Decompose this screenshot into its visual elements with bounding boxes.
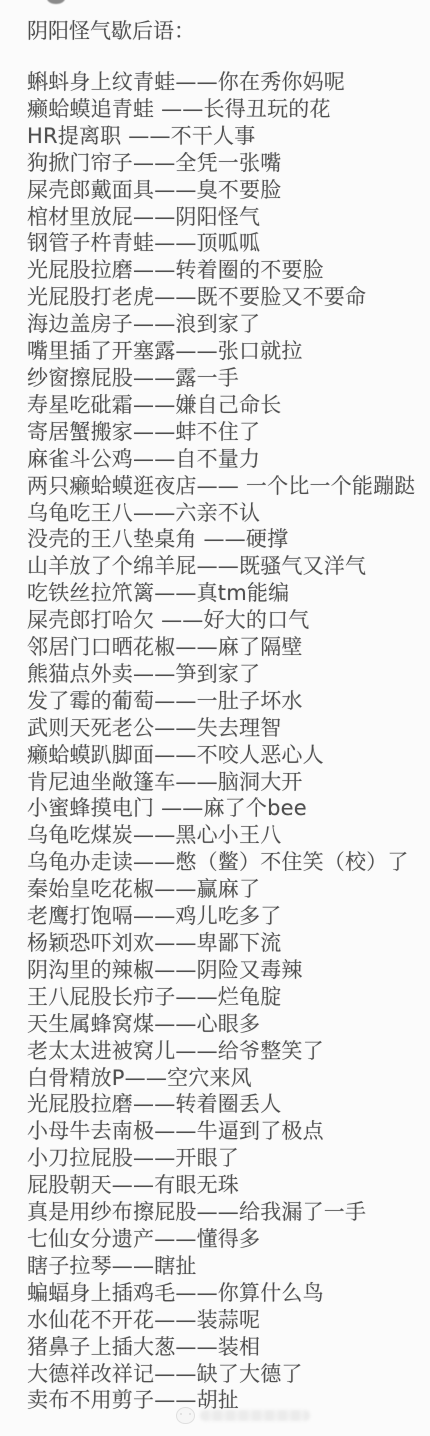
saying-line: 山羊放了个绵羊屁——既骚气又洋气 bbox=[27, 553, 424, 580]
watermark-text-illegible bbox=[200, 1410, 310, 1421]
saying-line: 白骨精放P——空穴来风 bbox=[27, 1065, 424, 1092]
saying-line: 老鹰打饱嗝——鸡儿吃多了 bbox=[27, 903, 424, 930]
saying-line: 棺材里放屁——阴阳怪气 bbox=[27, 204, 424, 231]
saying-line: 武则天死老公——失去理智 bbox=[27, 715, 424, 742]
saying-line: 水仙花不开花——装蒜呢 bbox=[27, 1307, 424, 1334]
saying-line: 小母牛去南极——牛逼到了极点 bbox=[27, 1118, 424, 1145]
saying-line: 癞蛤蟆追青蛙 ——长得丑玩的花 bbox=[27, 96, 424, 123]
sayings-document: 阴阳怪气歇后语： 蝌蚪身上纹青蛙——你在秀你妈呢癞蛤蟆追青蛙 ——长得丑玩的花H… bbox=[27, 17, 424, 1414]
saying-line: 海边盖房子——浪到家了 bbox=[27, 311, 424, 338]
page-root: 阴阳怪气歇后语： 蝌蚪身上纹青蛙——你在秀你妈呢癞蛤蟆追青蛙 ——长得丑玩的花H… bbox=[0, 0, 430, 1436]
title-gap bbox=[27, 45, 424, 69]
saying-line: 瞎子拉琴——瞎扯 bbox=[27, 1253, 424, 1280]
saying-line: 癞蛤蟆趴脚面——不咬人恶心人 bbox=[27, 742, 424, 769]
saying-line: 七仙女分遗产——懂得多 bbox=[27, 1226, 424, 1253]
saying-line: 纱窗擦屁股——露一手 bbox=[27, 365, 424, 392]
watermark bbox=[176, 1407, 310, 1424]
page-title: 阴阳怪气歇后语： bbox=[27, 17, 424, 45]
saying-line: 乌龟吃王八——六亲不认 bbox=[27, 500, 424, 527]
saying-line: 没壳的王八垫桌角 ——硬撑 bbox=[27, 526, 424, 553]
saying-line: 光屁股打老虎——既不要脸又不要命 bbox=[27, 284, 424, 311]
saying-line: 钢管子杵青蛙——顶呱呱 bbox=[27, 230, 424, 257]
saying-line: 小蜜蜂摸电门 ——麻了个bee bbox=[27, 795, 424, 822]
saying-line: 肯尼迪坐敞篷车——脑洞大开 bbox=[27, 769, 424, 796]
saying-line: 乌龟吃煤炭——黑心小王八 bbox=[27, 822, 424, 849]
saying-line: 屎壳郎打哈欠 ——好大的口气 bbox=[27, 607, 424, 634]
saying-line: 王八屁股长疖子——烂龟腚 bbox=[27, 984, 424, 1011]
saying-line: 秦始皇吃花椒——赢麻了 bbox=[27, 876, 424, 903]
saying-line: 吃铁丝拉笊篱——真tm能编 bbox=[27, 580, 424, 607]
saying-line: 麻雀斗公鸡——自不量力 bbox=[27, 446, 424, 473]
saying-line: 老太太进被窝儿——给爷整笑了 bbox=[27, 1038, 424, 1065]
saying-line: 两只癞蛤蟆逛夜店—— 一个比一个能蹦跶 bbox=[27, 473, 424, 500]
sayings-list: 蝌蚪身上纹青蛙——你在秀你妈呢癞蛤蟆追青蛙 ——长得丑玩的花HR提离职 ——不干… bbox=[27, 69, 424, 1414]
saying-line: 阴沟里的辣椒——阴险又毒辣 bbox=[27, 957, 424, 984]
saying-line: 蝌蚪身上纹青蛙——你在秀你妈呢 bbox=[27, 69, 424, 96]
saying-line: 杨颖恐吓刘欢——卑鄙下流 bbox=[27, 930, 424, 957]
saying-line: 屎壳郎戴面具——臭不要脸 bbox=[27, 177, 424, 204]
saying-line: 寄居蟹搬家——蚌不住了 bbox=[27, 419, 424, 446]
saying-line: 屁股朝天——有眼无珠 bbox=[27, 1172, 424, 1199]
cropped-top-blob bbox=[47, 0, 65, 4]
saying-line: 光屁股拉磨——转着圈丢人 bbox=[27, 1091, 424, 1118]
saying-line: 寿星吃砒霜——嫌自己命长 bbox=[27, 392, 424, 419]
saying-line: 天生属蜂窝煤——心眼多 bbox=[27, 1011, 424, 1038]
saying-line: 猪鼻子上插大葱——装相 bbox=[27, 1334, 424, 1361]
saying-line: 嘴里插了开塞露——张口就拉 bbox=[27, 338, 424, 365]
weibo-emoji-watermark-icon bbox=[176, 1407, 195, 1424]
saying-line: 真是用纱布擦屁股——给我漏了一手 bbox=[27, 1199, 424, 1226]
saying-line: 小刀拉屁股——开眼了 bbox=[27, 1145, 424, 1172]
saying-line: 乌龟办走读——憋（鳖）不住笑（校）了 bbox=[27, 849, 424, 876]
saying-line: 发了霉的葡萄——一肚子坏水 bbox=[27, 688, 424, 715]
saying-line: HR提离职 ——不干人事 bbox=[27, 123, 424, 150]
saying-line: 邻居门口晒花椒——麻了隔壁 bbox=[27, 634, 424, 661]
saying-line: 光屁股拉磨——转着圈的不要脸 bbox=[27, 257, 424, 284]
saying-line: 狗掀门帘子——全凭一张嘴 bbox=[27, 150, 424, 177]
saying-line: 熊猫点外卖——笋到家了 bbox=[27, 661, 424, 688]
saying-line: 蝙蝠身上插鸡毛——你算什么鸟 bbox=[27, 1280, 424, 1307]
saying-line: 大德祥改祥记——缺了大德了 bbox=[27, 1361, 424, 1388]
